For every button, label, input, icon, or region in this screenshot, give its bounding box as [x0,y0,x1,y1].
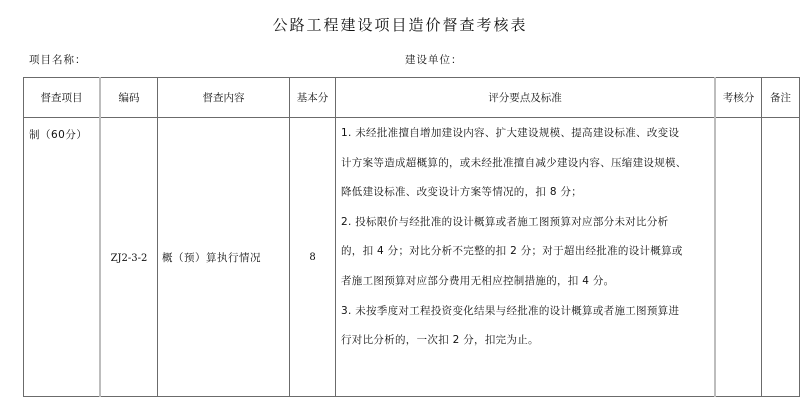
criteria-line: 的，扣 4 分；对比分析不完整的扣 2 分；对于超出经批准的设计概算或 [341,241,710,271]
header-inspection-item: 督查项目 [24,78,101,118]
review-table: 督查项目 编码 督查内容 基本分 评分要点及标准 考核分 备注 制（60分） Z… [23,77,800,397]
construction-unit-label: 建设单位： [405,52,463,67]
inspection-item-cell: 制（60分） [24,118,101,397]
criteria-line: 者施工图预算对应部分费用无相应控制措施的，扣 4 分。 [341,271,710,301]
code-cell: ZJ2-3-2 [100,118,158,397]
inspection-content-cell: 概（预）算执行情况 [158,118,290,397]
base-score-cell: 8 [290,118,336,397]
criteria-cell: 1. 未经批准擅自增加建设内容、扩大建设规模、提高建设标准、改变设 计方案等造成… [336,118,716,397]
header-inspection-content: 督查内容 [158,78,290,118]
assessment-score-cell[interactable] [715,118,762,397]
criteria-line: 行对比分析的，一次扣 2 分，扣完为止。 [341,330,710,360]
document-title: 公路工程建设项目造价督查考核表 [0,14,800,35]
header-assessment-score: 考核分 [715,78,762,118]
header-remarks: 备注 [762,78,800,118]
header-criteria: 评分要点及标准 [336,78,716,118]
criteria-line: 1. 未经批准擅自增加建设内容、扩大建设规模、提高建设标准、改变设 [341,123,710,153]
project-name-label: 项目名称： [29,52,87,67]
criteria-line: 3. 未按季度对工程投资变化结果与经批准的设计概算或者施工图预算进 [341,301,710,331]
criteria-line: 2. 投标限价与经批准的设计概算或者施工图预算对应部分未对比分析 [341,212,710,242]
header-base-score: 基本分 [290,78,336,118]
table-row: 制（60分） ZJ2-3-2 概（预）算执行情况 8 1. 未经批准擅自增加建设… [24,118,800,397]
criteria-line: 计方案等造成超概算的，或未经批准擅自减少建设内容、压缩建设规模、 [341,153,710,183]
header-code: 编码 [100,78,158,118]
header-row: 督查项目 编码 督查内容 基本分 评分要点及标准 考核分 备注 [24,78,800,118]
remarks-cell[interactable] [762,118,800,397]
criteria-line: 降低建设标准、改变设计方案等情况的，扣 8 分； [341,182,710,212]
